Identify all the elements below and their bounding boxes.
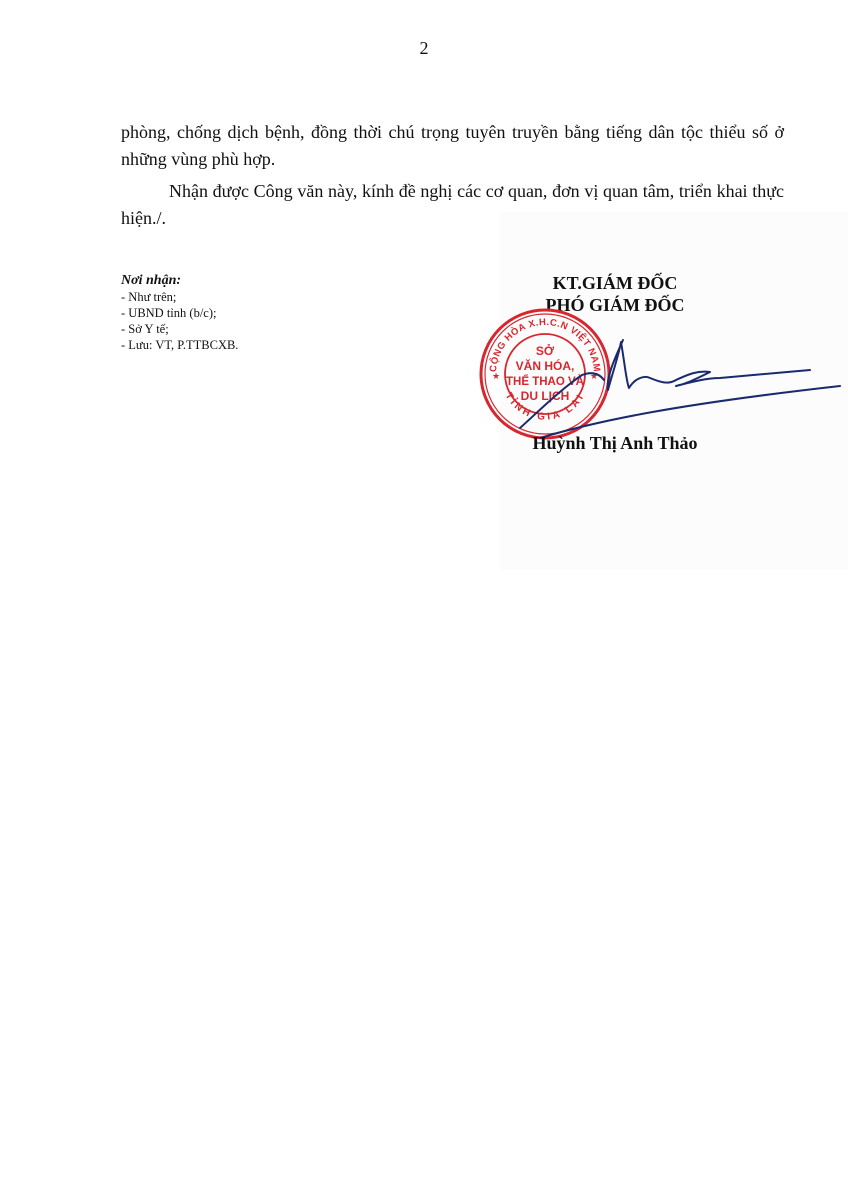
- signer-name: Huỳnh Thị Anh Thảo: [500, 433, 730, 454]
- recipient-item: - Sở Y tế;: [121, 321, 238, 337]
- recipient-item: - Lưu: VT, P.TTBCXB.: [121, 337, 238, 353]
- page-number: 2: [0, 38, 848, 59]
- recipient-item: - UBND tỉnh (b/c);: [121, 305, 238, 321]
- recipients-title: Nơi nhận:: [121, 272, 238, 289]
- recipients-block: Nơi nhận: - Như trên; - UBND tỉnh (b/c);…: [121, 272, 238, 353]
- recipient-item: - Như trên;: [121, 289, 238, 305]
- document-body: phòng, chống dịch bệnh, đồng thời chú tr…: [121, 119, 784, 232]
- body-paragraph: Nhận được Công văn này, kính đề nghị các…: [121, 178, 784, 232]
- handwritten-signature-icon: [480, 320, 848, 450]
- signer-authority: KT.GIÁM ĐỐC: [500, 272, 730, 294]
- body-paragraph: phòng, chống dịch bệnh, đồng thời chú tr…: [121, 119, 784, 173]
